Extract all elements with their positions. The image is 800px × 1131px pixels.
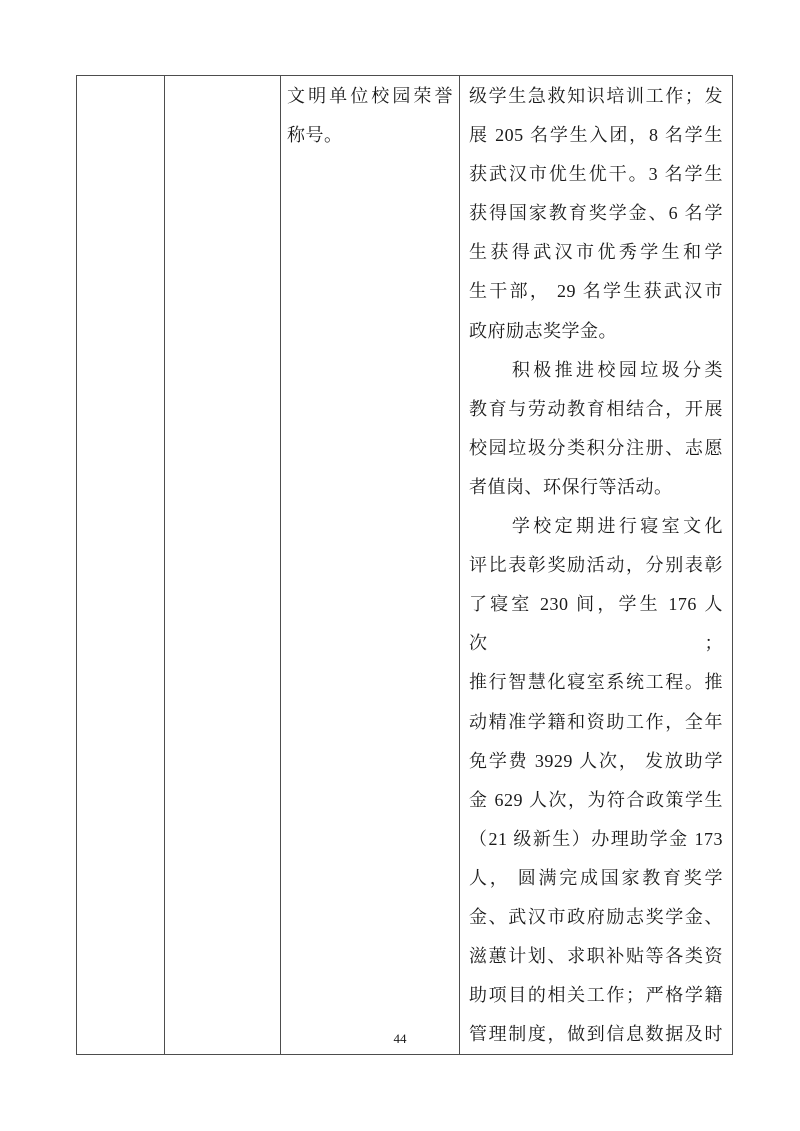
text-line: 者值岗、环保行等活动。 [469, 468, 723, 507]
text-line: 助项目的相关工作；严格学籍 [469, 976, 723, 1015]
table-cell-col3: 文明单位校园荣誉称号。 [281, 76, 460, 1055]
text-line: 生获得武汉市优秀学生和学 [469, 233, 723, 272]
cell-text-col3: 文明单位校园荣誉称号。 [281, 76, 459, 155]
text-line: 展 205 名学生入团，8 名学生 [469, 116, 723, 155]
text-line: 教育与劳动教育相结合，开展 [469, 390, 723, 429]
table-cell-col2 [165, 76, 281, 1055]
table-row: 文明单位校园荣誉称号。 级学生急救知识培训工作；发展 205 名学生入团，8 名… [77, 76, 733, 1055]
text-line: 获得国家教育奖学金、6 名学 [469, 194, 723, 233]
text-line: 评比表彰奖励活动，分别表彰 [469, 546, 723, 585]
document-page: 文明单位校园荣誉称号。 级学生急救知识培训工作；发展 205 名学生入团，8 名… [0, 0, 800, 1131]
text-line: 级学生急救知识培训工作；发 [469, 77, 723, 116]
table-cell-col1 [77, 76, 165, 1055]
content-table: 文明单位校园荣誉称号。 级学生急救知识培训工作；发展 205 名学生入团，8 名… [76, 75, 733, 1055]
text-line: 校园垃圾分类积分注册、志愿 [469, 429, 723, 468]
text-line: 积极推进校园垃圾分类 [469, 351, 723, 390]
text-line: 学校定期进行寝室文化 [469, 507, 723, 546]
text-line: 金 629 人次，为符合政策学生 [469, 781, 723, 820]
table-cell-col4: 级学生急救知识培训工作；发展 205 名学生入团，8 名学生获武汉市优生优干。3… [460, 76, 733, 1055]
text-line: 了寝室 230 间，学生 176 人次； [469, 585, 723, 663]
text-line: 政府励志奖学金。 [469, 312, 723, 351]
text-line: 滋蕙计划、求职补贴等各类资 [469, 937, 723, 976]
text-line: 生干部， 29 名学生获武汉市 [469, 272, 723, 311]
text-line: 人， 圆满完成国家教育奖学 [469, 859, 723, 898]
cell-text-col4: 级学生急救知识培训工作；发展 205 名学生入团，8 名学生获武汉市优生优干。3… [460, 76, 732, 1054]
text-line: 金、武汉市政府励志奖学金、 [469, 898, 723, 937]
cell-text-col1 [77, 76, 164, 77]
text-line: 免学费 3929 人次， 发放助学 [469, 742, 723, 781]
text-line: 称号。 [287, 116, 453, 155]
text-line: 推行智慧化寝室系统工程。推 [469, 663, 723, 702]
text-line: 获武汉市优生优干。3 名学生 [469, 155, 723, 194]
cell-text-col2 [165, 76, 280, 77]
page-number: 44 [0, 1031, 800, 1047]
text-line: 文明单位校园荣誉 [287, 77, 453, 116]
text-line: 动精准学籍和资助工作，全年 [469, 703, 723, 742]
text-line: （21 级新生）办理助学金 173 [469, 820, 723, 859]
